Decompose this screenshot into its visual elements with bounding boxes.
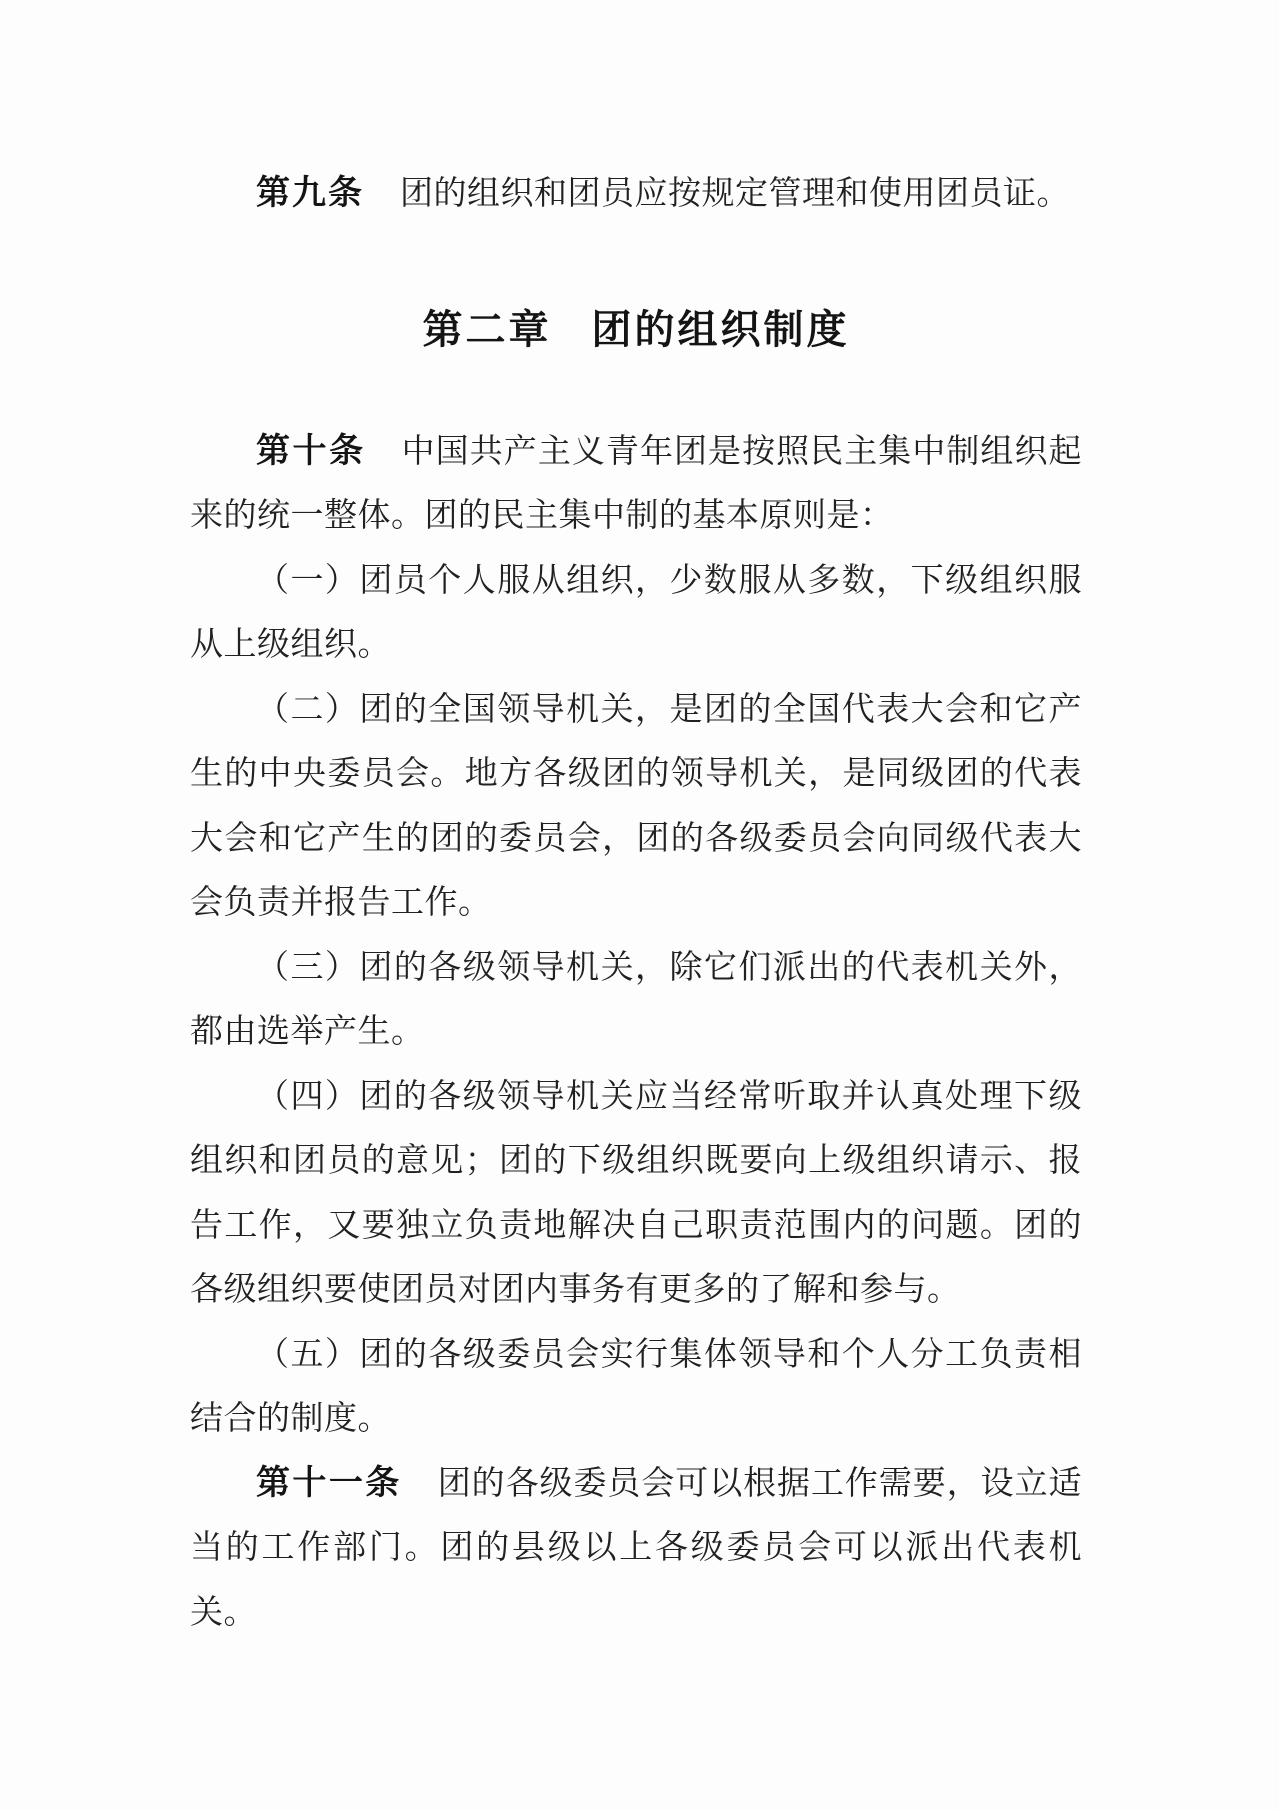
article-10-paragraph: 第十条中国共产主义青年团是按照民主集中制组织起来的统一整体。团的民主集中制的基本…: [190, 419, 1082, 548]
article-10-label: 第十条: [256, 431, 366, 471]
clause-5-text: （五）团的各级委员会实行集体领导和个人分工负责相结合的制度。: [190, 1334, 1082, 1438]
article-11-label: 第十一条: [256, 1463, 402, 1503]
clause-2-text: （二）团的全国领导机关，是团的全国代表大会和它产生的中央委员会。地方各级团的领导…: [190, 689, 1082, 922]
chapter-heading: 第二章团的组织制度: [190, 298, 1082, 363]
document-page: 第九条团的组织和团员应按规定管理和使用团员证。 第二章团的组织制度 第十条中国共…: [0, 0, 1279, 1810]
article-11-paragraph: 第十一条团的各级委员会可以根据工作需要，设立适当的工作部门。团的县级以上各级委员…: [190, 1451, 1082, 1645]
article-9-paragraph: 第九条团的组织和团员应按规定管理和使用团员证。: [190, 161, 1082, 226]
clause-4-paragraph: （四）团的各级领导机关应当经常听取并认真处理下级组织和团员的意见；团的下级组织既…: [190, 1064, 1082, 1322]
clause-1-paragraph: （一）团员个人服从组织，少数服从多数，下级组织服从上级组织。: [190, 548, 1082, 677]
clause-2-paragraph: （二）团的全国领导机关，是团的全国代表大会和它产生的中央委员会。地方各级团的领导…: [190, 677, 1082, 935]
clause-1-text: （一）团员个人服从组织，少数服从多数，下级组织服从上级组织。: [190, 560, 1082, 664]
article-9-text: 团的组织和团员应按规定管理和使用团员证。: [400, 173, 1070, 212]
chapter-title: 团的组织制度: [592, 307, 850, 353]
clause-3-text: （三）团的各级领导机关，除它们派出的代表机关外，都由选举产生。: [190, 947, 1082, 1051]
chapter-number: 第二章: [423, 307, 552, 353]
clause-5-paragraph: （五）团的各级委员会实行集体领导和个人分工负责相结合的制度。: [190, 1322, 1082, 1451]
clause-4-text: （四）团的各级领导机关应当经常听取并认真处理下级组织和团员的意见；团的下级组织既…: [190, 1076, 1082, 1309]
article-9-label: 第九条: [256, 173, 364, 213]
clause-3-paragraph: （三）团的各级领导机关，除它们派出的代表机关外，都由选举产生。: [190, 935, 1082, 1064]
